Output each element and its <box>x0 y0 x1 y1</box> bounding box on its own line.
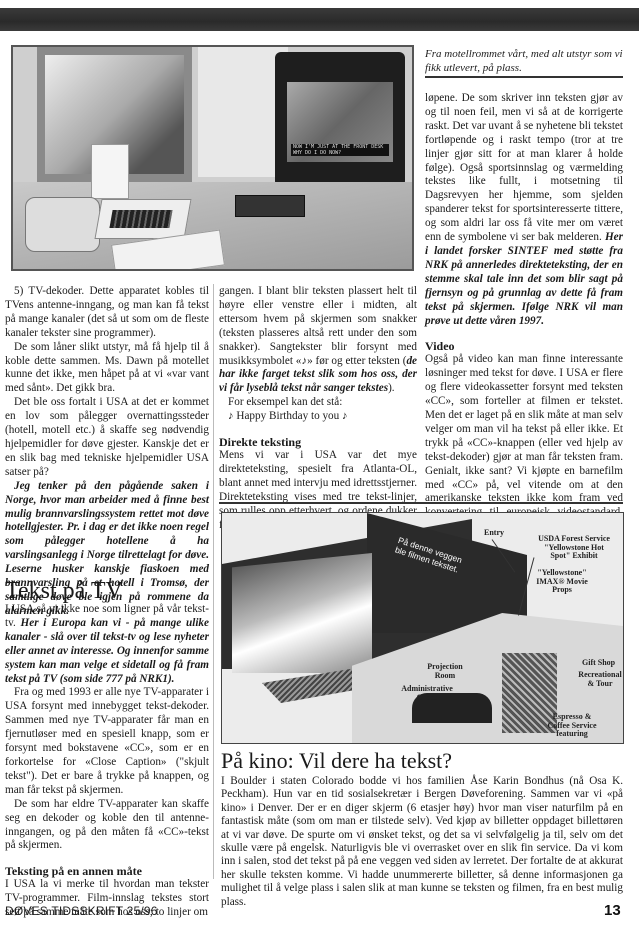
text: ). <box>388 382 395 394</box>
column-1: 5) TV-dekoder. Dette apparatet kobles ti… <box>5 285 209 619</box>
subheading: Teksting på en annen måte <box>5 864 209 878</box>
section-heading-tekst-pa-tv: Tekst på TV <box>5 578 123 604</box>
column-2: gangen. I blant blir teksten plassert he… <box>219 285 417 533</box>
pamphlet <box>91 144 129 199</box>
section-heading-pa-kino: På kino: Vil dere ha tekst? <box>221 749 452 773</box>
paragraph: For eksempel kan det stå: <box>219 396 417 410</box>
label-entry: Entry <box>484 529 504 538</box>
photo-caption: Fra motellrommet vårt, med alt utstyr so… <box>425 47 623 75</box>
telephone <box>25 197 100 252</box>
imax-theater-diagram: På denne veggen ble filmen tekstet. Entr… <box>221 512 624 744</box>
song-example: ♪ Happy Birthday to you ♪ <box>219 410 417 424</box>
tv-decoder <box>235 195 305 217</box>
text: løpene. De som skriver inn teksten gjør … <box>425 92 623 243</box>
label-espresso: Espresso & Coffee Service featuring <box>547 713 597 739</box>
label-gift-shop: Gift Shop <box>582 659 615 668</box>
column-divider <box>213 284 214 879</box>
tv-set: NOW I'M JUST AT THE FRONT DESK WHY DO I … <box>275 52 405 187</box>
publication-footer: DØVES TIDSSKRIFT 25/96 <box>5 904 158 918</box>
section-divider <box>219 502 623 504</box>
column-1-lower: I USA så vi ikke noe som ligner på vår t… <box>5 603 209 920</box>
paragraph: løpene. De som skriver inn teksten gjør … <box>425 92 623 328</box>
caption-divider <box>425 76 623 78</box>
text-emphasis: Her i landet forsker SINTEF med støtte f… <box>425 231 623 326</box>
subheading: Direkte teksting <box>219 435 417 449</box>
paragraph: De som har eldre TV-apparater kan skaffe… <box>5 798 209 854</box>
kino-paragraph: I Boulder i staten Colorado bodde vi hos… <box>221 775 623 909</box>
text-emphasis: Her i Europa kan vi - på mange ulike kan… <box>5 617 209 685</box>
paragraph: Fra og med 1993 er alle nye TV-apparater… <box>5 686 209 797</box>
label-administrative-office: Administrative Office <box>392 685 462 702</box>
page-number: 13 <box>604 902 621 919</box>
tv-closed-caption: NOW I'M JUST AT THE FRONT DESK WHY DO I … <box>291 144 389 156</box>
text: gangen. I blant blir teksten plassert he… <box>219 285 417 367</box>
paragraph: Det ble oss fortalt i USA at det er komm… <box>5 396 209 479</box>
imax-screen <box>232 553 372 673</box>
label-projection-room: Projection Room <box>420 663 470 680</box>
paragraph: I USA så vi ikke noe som ligner på vår t… <box>5 603 209 686</box>
header-bar <box>0 8 639 31</box>
motel-room-photo: NOW I'M JUST AT THE FRONT DESK WHY DO I … <box>11 45 414 271</box>
paragraph: 5) TV-dekoder. Dette apparatet kobles ti… <box>5 285 209 341</box>
subheading: Video <box>425 339 623 353</box>
label-recreational: Recreational & Tour <box>574 671 624 688</box>
paragraph: gangen. I blant blir teksten plassert he… <box>219 285 417 396</box>
tv-screen: NOW I'M JUST AT THE FRONT DESK WHY DO I … <box>287 82 393 162</box>
paragraph: De som låner slikt utstyr, må få hjelp t… <box>5 341 209 397</box>
text-telephone <box>94 199 191 239</box>
label-movie-props: "Yellowstone" IMAX® Movie Props <box>530 569 594 595</box>
label-usda-exhibit: USDA Forest Service "Yellowstone Hot Spo… <box>534 535 614 561</box>
